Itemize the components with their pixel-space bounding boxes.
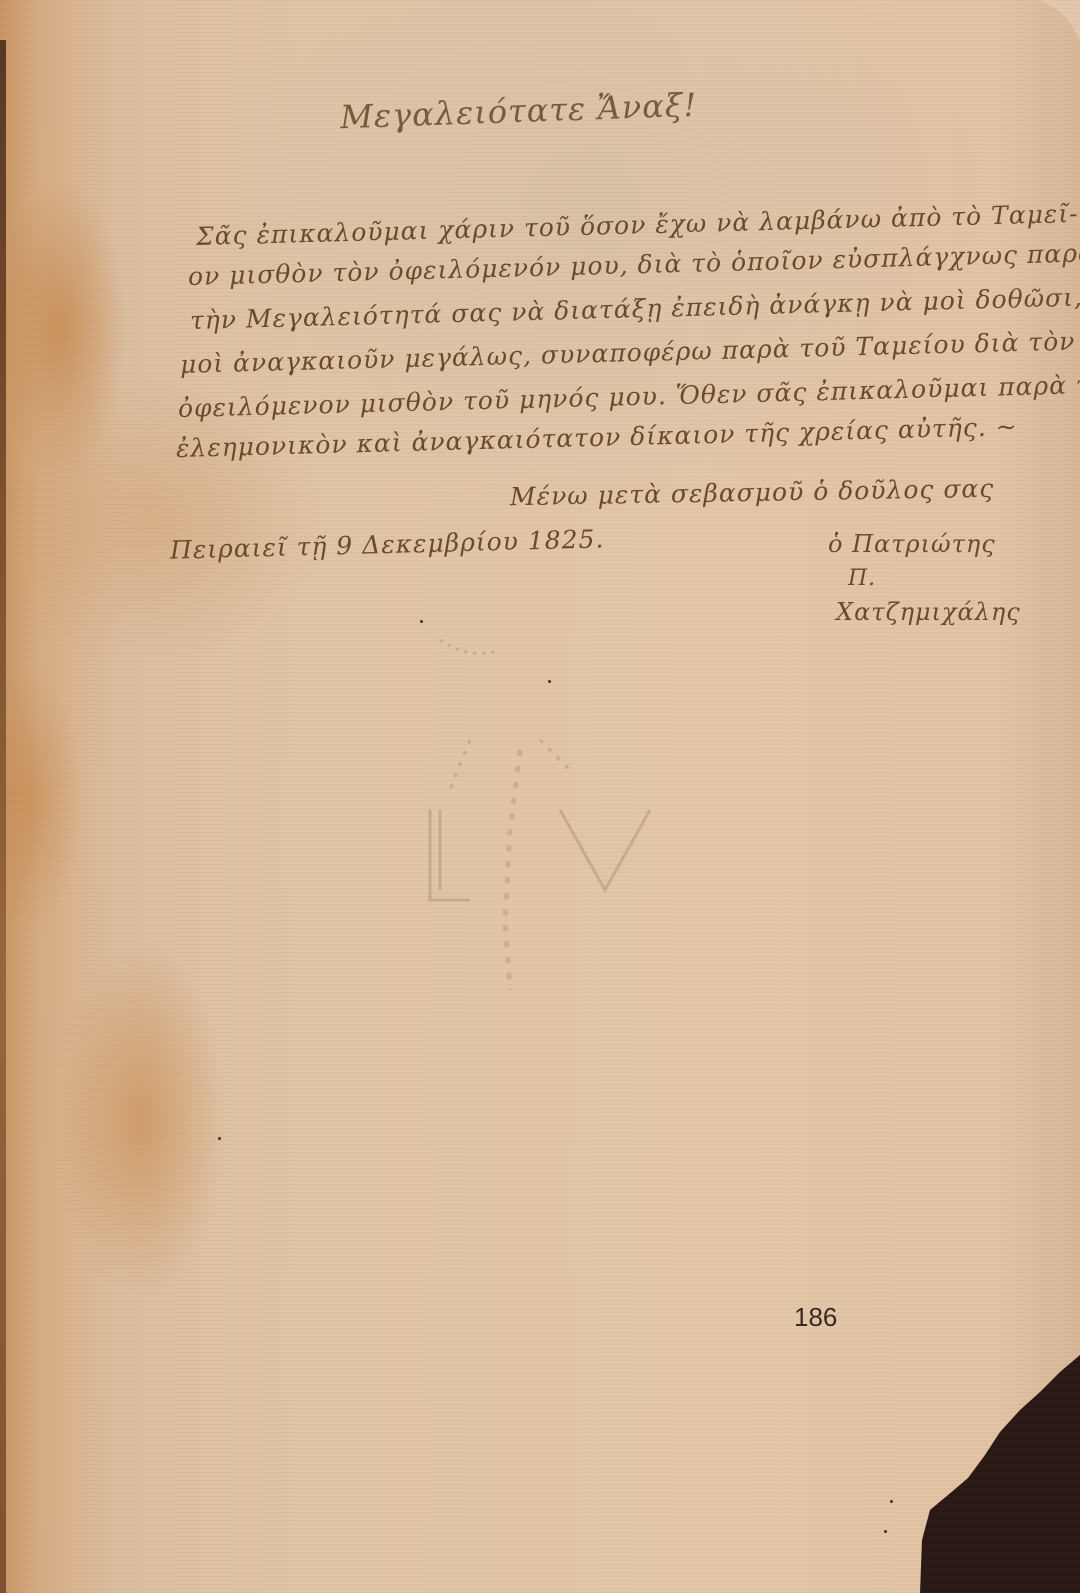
manuscript-page: Μεγαλειότατε Ἄναξ! Σᾶς ἐπικαλοῦμαι χάριν… <box>0 0 1080 1593</box>
paper-watermark <box>410 630 670 1010</box>
ink-speck <box>420 620 423 623</box>
signature-title: ὁ Πατριώτης <box>828 530 996 558</box>
ink-speck <box>548 680 551 683</box>
signature-initial: Π. <box>848 566 876 591</box>
ink-speck <box>218 1137 221 1140</box>
letter-body-line: μοὶ ἀναγκαιοῦν μεγάλως, συναποφέρω παρὰ … <box>180 327 1076 379</box>
page-number: 186 <box>794 1302 837 1333</box>
letter-body-line: τὴν Μεγαλειότητά σας νὰ διατάξῃ ἐπειδὴ ἀ… <box>190 281 1080 335</box>
letter-salutation: Μεγαλειότατε Ἄναξ! <box>339 86 697 136</box>
signature-name: Χατζημιχάλης <box>836 598 1021 626</box>
letter-closing: Μένω μετὰ σεβασμοῦ ὁ δοῦλος σας <box>510 474 995 511</box>
ink-speck <box>884 1530 887 1533</box>
ink-speck <box>890 1500 893 1503</box>
letter-date: Πειραιεῖ τῇ 9 Δεκεμβρίου 1825. <box>170 524 605 564</box>
